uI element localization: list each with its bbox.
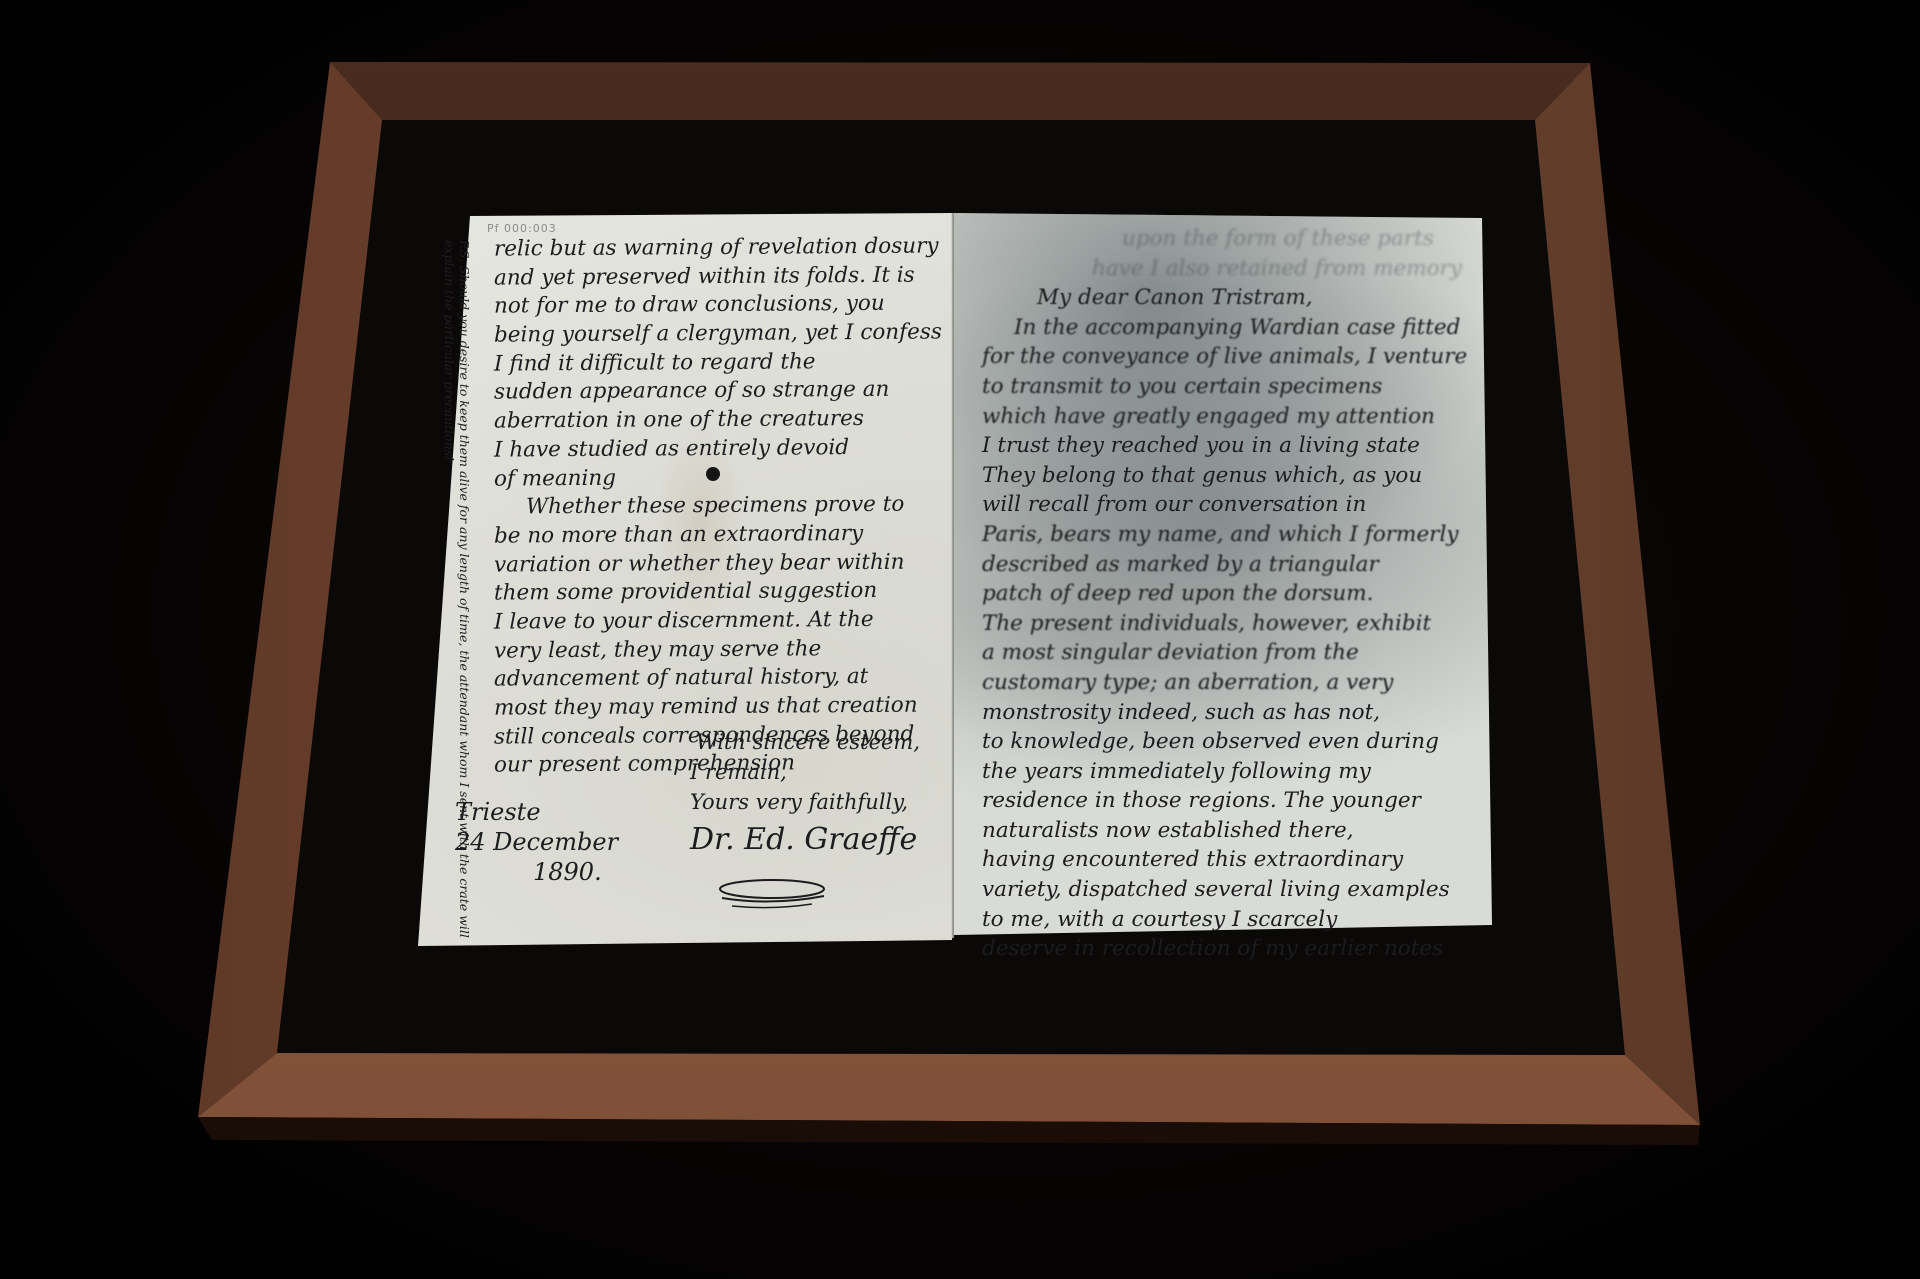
- text-line: I trust they reached you in a living sta…: [982, 431, 1467, 461]
- salutation: My dear Canon Tristram,: [982, 283, 1467, 313]
- signature: Dr. Ed. Graeffe: [690, 822, 917, 857]
- page-fold: [951, 213, 954, 938]
- text-line: will recall from our conversation in: [982, 490, 1467, 520]
- text-line: having encountered this extraordinary: [982, 845, 1467, 875]
- text-line: sudden appearance of so strange an: [494, 376, 942, 408]
- letter-closing: With sincere esteem, I remain, Yours ver…: [690, 727, 920, 817]
- text-line: naturalists now established there,: [982, 816, 1467, 846]
- closing-line: I remain,: [690, 757, 920, 787]
- text-line: described as marked by a triangular: [982, 550, 1467, 580]
- text-line: most they may remind us that creation: [494, 691, 942, 723]
- text-line: deserve in recollection of my earlier no…: [982, 934, 1467, 964]
- text-line: and yet preserved within its folds. It i…: [494, 261, 942, 293]
- text-line: not for me to draw conclusions, you: [494, 290, 942, 322]
- text-line: They belong to that genus which, as you: [982, 461, 1467, 491]
- text-line: monstrosity indeed, such as has not,: [982, 698, 1467, 728]
- text-line: aberration in one of the creatures: [494, 405, 942, 437]
- place: Trieste: [455, 797, 618, 827]
- text-line: In the accompanying Wardian case fitted: [982, 313, 1467, 343]
- bleed-through-line: upon the form of these parts: [982, 224, 1467, 254]
- text-line: of meaning: [494, 462, 942, 494]
- closing-line: With sincere esteem,: [690, 727, 920, 757]
- text-line: patch of deep red upon the dorsum.: [982, 579, 1467, 609]
- right-page-text: upon the form of these parts have I also…: [982, 224, 1467, 964]
- text-line: I find it difficult to regard the: [494, 347, 942, 379]
- catalog-number: Pf 000:003: [487, 222, 557, 235]
- text-line: advancement of natural history, at: [494, 663, 942, 695]
- text-line: variation or whether they bear within: [494, 548, 942, 580]
- text-line: being yourself a clergyman, yet I confes…: [494, 318, 942, 350]
- text-line: to transmit to you certain specimens: [982, 372, 1467, 402]
- text-line: customary type; an aberration, a very: [982, 668, 1467, 698]
- text-line: I have studied as entirely devoid: [494, 433, 942, 465]
- text-line: which have greatly engaged my attention: [982, 402, 1467, 432]
- text-line: a most singular deviation from the: [982, 638, 1467, 668]
- text-line: variety, dispatched several living examp…: [982, 875, 1467, 905]
- text-line: to knowledge, been observed even during: [982, 727, 1467, 757]
- text-line: very least, they may serve the: [494, 634, 942, 666]
- text-line: The present individuals, however, exhibi…: [982, 609, 1467, 639]
- text-line: be no more than an extraordinary: [494, 519, 942, 551]
- year: 1890.: [455, 857, 618, 887]
- left-page-text: relic but as warning of revelation dosur…: [494, 232, 942, 780]
- text-line: I leave to your discernment. At the: [494, 605, 942, 637]
- signature-flourish-icon: [712, 876, 832, 910]
- place-and-date: Trieste 24 December 1890.: [455, 797, 618, 887]
- text-line: the years immediately following my: [982, 757, 1467, 787]
- closing-line: Yours very faithfully,: [690, 787, 920, 817]
- text-line: for the conveyance of live animals, I ve…: [982, 342, 1467, 372]
- text-line: residence in those regions. The younger: [982, 786, 1467, 816]
- bleed-through-line: have I also retained from memory: [982, 254, 1467, 284]
- text-line: Paris, bears my name, and which I former…: [982, 520, 1467, 550]
- text-line: them some providential suggestion: [494, 577, 942, 609]
- date: 24 December: [455, 827, 618, 857]
- text-line: Whether these specimens prove to: [494, 491, 942, 523]
- text-line: to me, with a courtesy I scarcely: [982, 905, 1467, 935]
- margin-postscript: P.S. Should you desire to keep them aliv…: [442, 240, 472, 960]
- text-line: relic but as warning of revelation dosur…: [494, 232, 942, 264]
